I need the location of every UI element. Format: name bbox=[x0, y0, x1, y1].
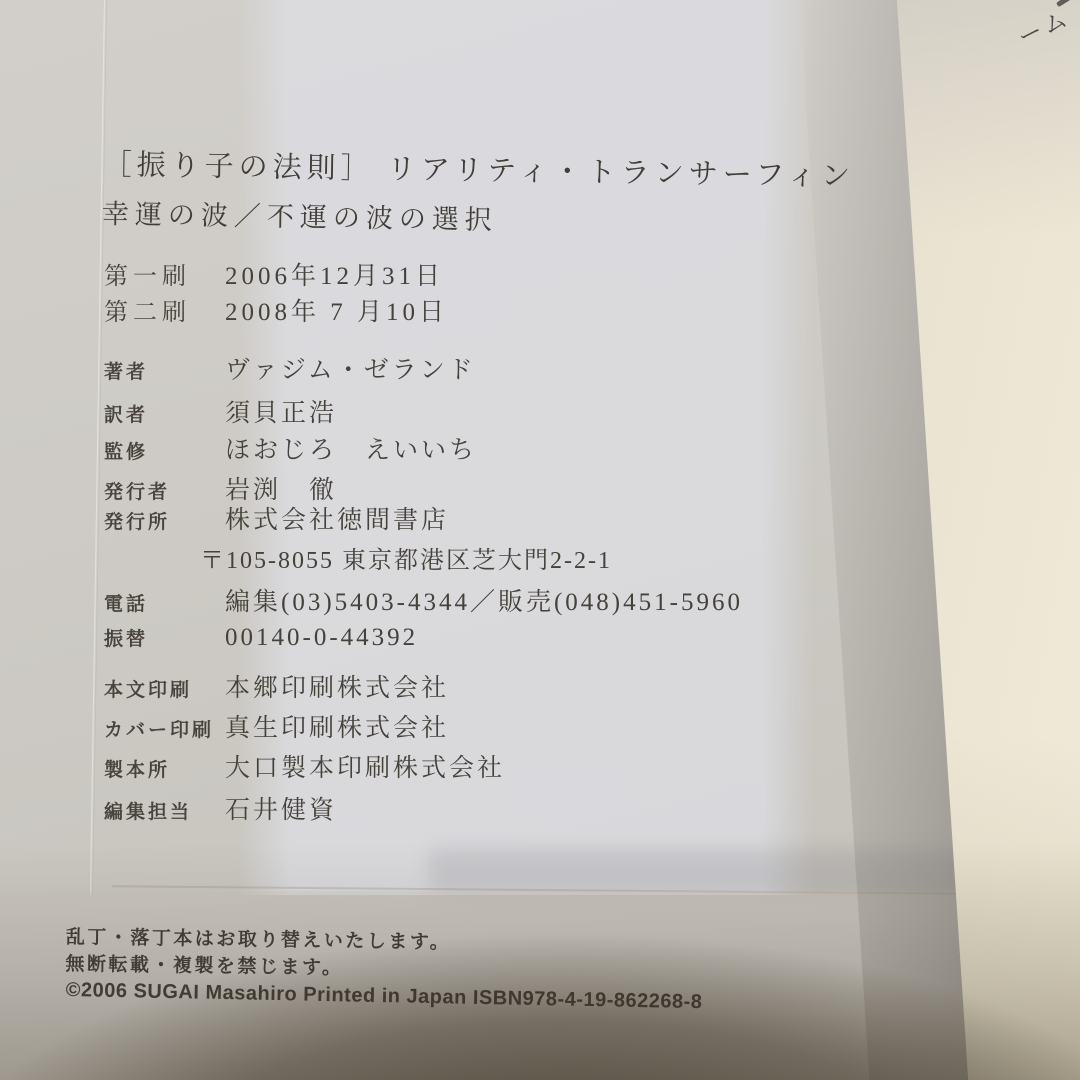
colophon-label: 製本所 bbox=[104, 755, 225, 782]
colophon-row-supervisor: 監修ほおじろ えいいち bbox=[104, 430, 477, 466]
colophon-row-author: 著者ヴァジム・ゼランド bbox=[104, 350, 476, 386]
colophon-row-bindery: 製本所大口製本印刷株式会社 bbox=[104, 748, 505, 784]
colophon-value: ヴァジム・ゼランド bbox=[225, 357, 476, 384]
colophon-value: 石井健資 bbox=[225, 797, 337, 824]
colophon-value: 株式会社徳間書店 bbox=[225, 507, 449, 534]
colophon-label: 振替 bbox=[104, 624, 225, 651]
colophon-value: 00140-0-44392 bbox=[225, 624, 418, 651]
edition-row-first-printing: 第一刷2006年12月31日 bbox=[104, 256, 444, 292]
reproduction-prohibited-notice: 無断転載・複製を禁じます。 bbox=[65, 951, 451, 983]
notices-block: 乱丁・落丁本はお取り替えいたします。 無断転載・複製を禁じます。 bbox=[65, 924, 451, 983]
edition-label: 第一刷 bbox=[104, 256, 225, 291]
colophon-value: ほおじろ えいいち bbox=[225, 437, 477, 464]
colophon-value: 須貝正浩 bbox=[225, 400, 337, 427]
colophon-value: 大口製本印刷株式会社 bbox=[225, 755, 505, 782]
book-colophon-photo: ーム ［振り子の法則］ リアリティ・トランサーフィン 幸運の波／不運の波の選択 … bbox=[0, 0, 1080, 1080]
colophon-label: 監修 bbox=[104, 437, 225, 464]
colophon-row-address: 〒105-8055 東京都港区芝大門2-2-1 bbox=[200, 540, 612, 575]
colophon-row-translator: 訳者須貝正浩 bbox=[104, 393, 337, 429]
colophon-label: 訳者 bbox=[104, 400, 225, 427]
colophon-label: 電話 bbox=[104, 589, 225, 616]
colophon-row-editor-in-charge: 編集担当石井健資 bbox=[104, 790, 337, 826]
edition-row-second-printing: 第二刷2008年 7 月10日 bbox=[104, 292, 448, 328]
edition-date: 2006年12月31日 bbox=[225, 263, 444, 290]
colophon-label: 本文印刷 bbox=[104, 675, 225, 702]
colophon-value: 編集(03)5403-4344／販売(048)451-5960 bbox=[225, 589, 743, 616]
colophon-row-postal-transfer: 振替00140-0-44392 bbox=[104, 624, 418, 652]
colophon-row-publishing-house: 発行所株式会社徳間書店 bbox=[104, 500, 449, 536]
edition-label: 第二刷 bbox=[104, 292, 225, 327]
publisher-address: 〒105-8055 東京都港区芝大門2-2-1 bbox=[200, 548, 612, 574]
colophon-label: カバー印刷 bbox=[104, 715, 225, 742]
colophon-row-telephone: 電話編集(03)5403-4344／販売(048)451-5960 bbox=[104, 582, 743, 618]
colophon-label: 編集担当 bbox=[104, 797, 225, 824]
colophon-label: 発行所 bbox=[104, 507, 225, 534]
colophon-value: 本郷印刷株式会社 bbox=[225, 675, 449, 702]
colophon-row-text-printing: 本文印刷本郷印刷株式会社 bbox=[104, 668, 449, 704]
edition-date: 2008年 7 月10日 bbox=[225, 299, 448, 326]
colophon-value: 真生印刷株式会社 bbox=[225, 715, 449, 742]
book-title-block: ［振り子の法則］ リアリティ・トランサーフィン 幸運の波／不運の波の選択 bbox=[102, 142, 856, 243]
colophon-row-cover-printing: カバー印刷真生印刷株式会社 bbox=[104, 708, 449, 744]
colophon-label: 著者 bbox=[104, 357, 225, 384]
